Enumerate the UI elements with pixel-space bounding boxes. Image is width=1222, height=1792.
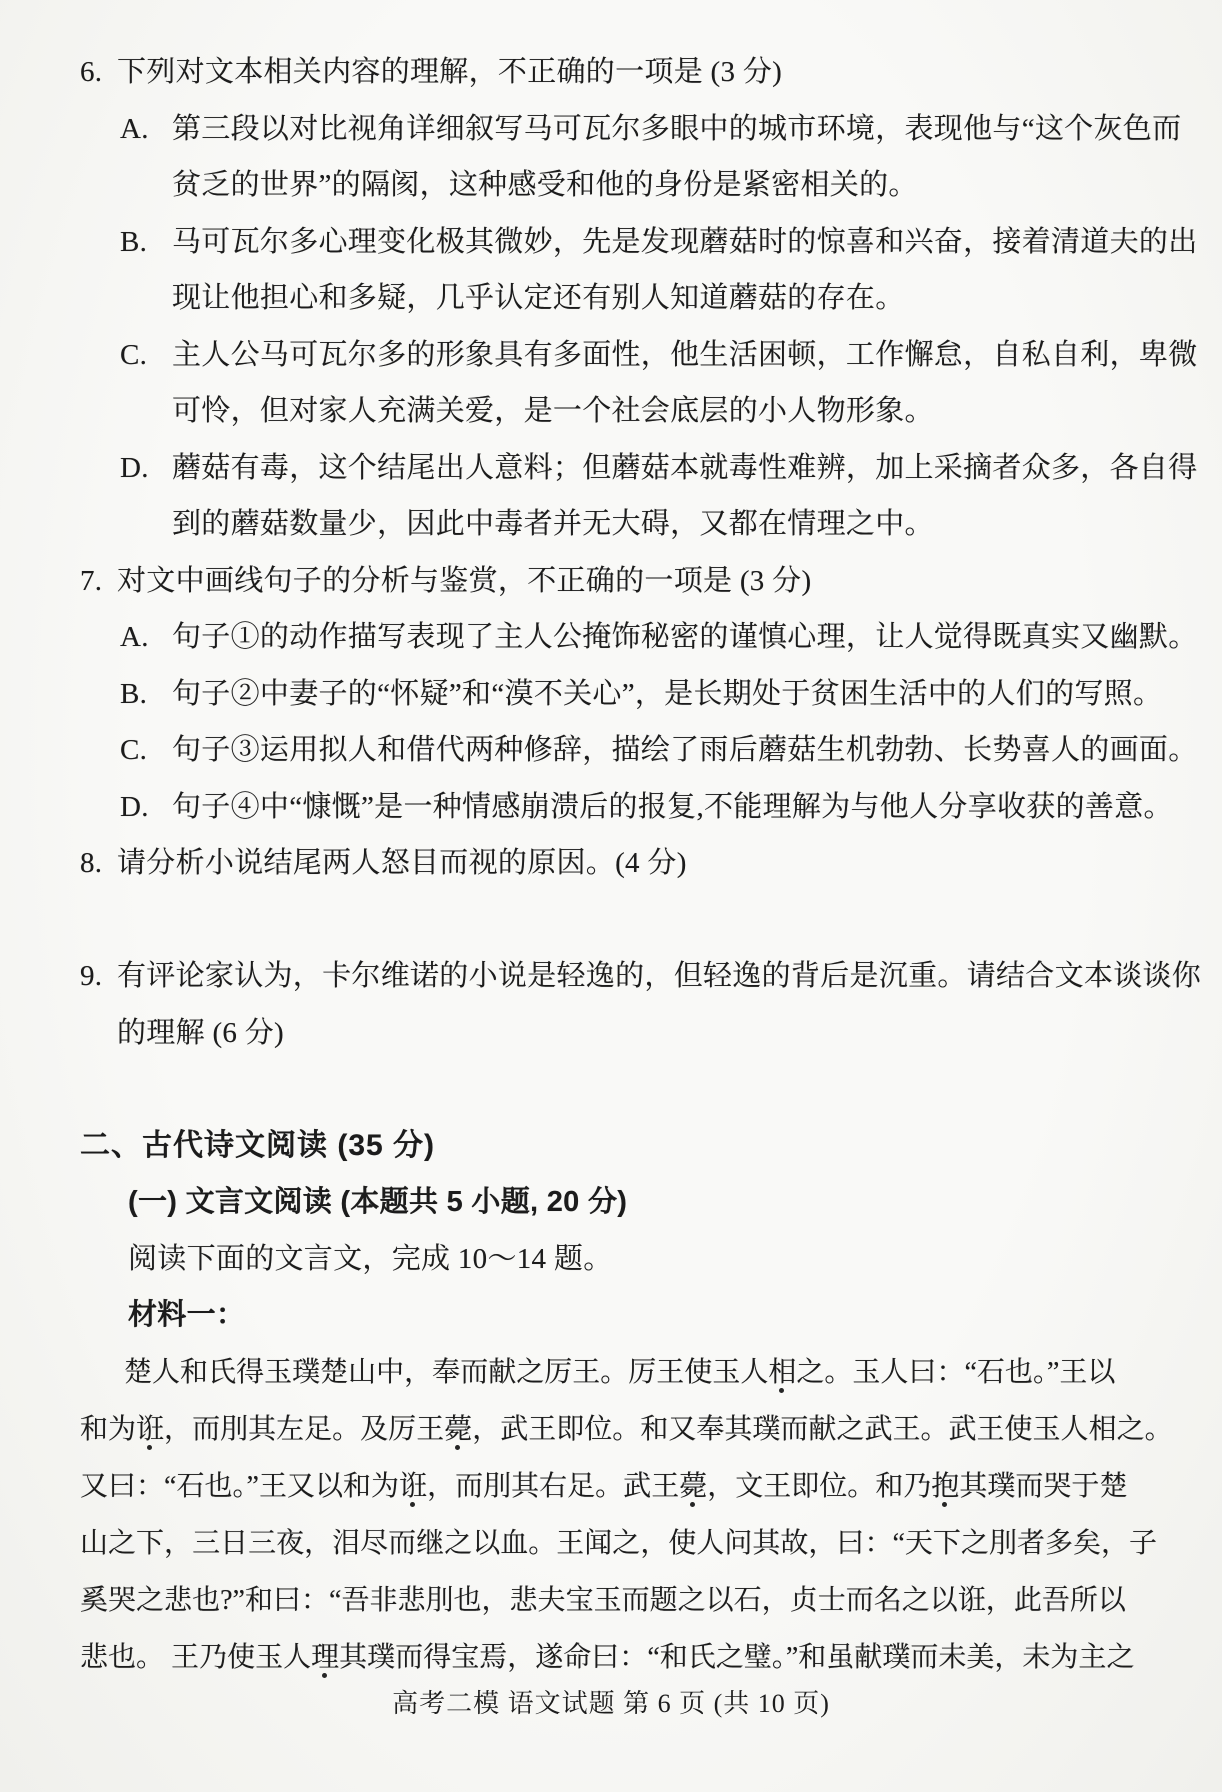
- q6-option-c-text: 主人公马可瓦尔多的形象具有多面性，他生活困顿，工作懈怠，自私自利，卑微: [172, 339, 1198, 371]
- question-8-number: 8.: [80, 835, 117, 892]
- answer-space: [80, 892, 1178, 949]
- q7-option-a-text: 句子①的动作描写表现了主人公掩饰秘密的谨慎心理，让人觉得既真实又幽默。: [172, 621, 1198, 653]
- q7-option-c: C.句子③运用拟人和借代两种修辞，描绘了雨后蘑菇生机勃勃、长势喜人的画面。: [80, 722, 1178, 779]
- question-9-number: 9.: [80, 948, 117, 1005]
- q7-option-c-label: C.: [120, 722, 172, 779]
- q6-option-b: B.马可瓦尔多心理变化极其微妙，先是发现蘑菇时的惊喜和兴奋，接着清道夫的出: [80, 214, 1178, 271]
- q7-option-b: B.句子②中妻子的“怀疑”和“漠不关心”，是长期处于贫困生活中的人们的写照。: [80, 666, 1178, 723]
- q6-option-c-continuation: 可怜，但对家人充满关爱，是一个社会底层的小人物形象。: [80, 383, 1178, 440]
- q6-option-a-continuation: 贫乏的世界”的隔阂，这种感受和他的身份是紧密相关的。: [80, 157, 1178, 214]
- q6-option-a-text: 第三段以对比视角详细叙写马可瓦尔多眼中的城市环境，表现他与“这个灰色而: [172, 113, 1181, 145]
- question-9-text: 有评论家认为，卡尔维诺的小说是轻逸的，但轻逸的背后是沉重。请结合文本谈谈你: [117, 960, 1201, 992]
- classical-line-5: 奚哭之悲也?”和曰：“吾非悲刖也，悲夫宝玉而题之以石，贞士而名之以诳，此吾所以: [80, 1572, 1178, 1629]
- section-2-subheading: (一) 文言文阅读 (本题共 5 小题, 20 分): [80, 1174, 1178, 1231]
- q7-option-a: A.句子①的动作描写表现了主人公掩饰秘密的谨慎心理，让人觉得既真实又幽默。: [80, 609, 1178, 666]
- material-1-label: 材料一：: [80, 1287, 1178, 1344]
- classical-line-4: 山之下，三日三夜，泪尽而继之以血。王闻之，使人问其故，曰：“天下之刖者多矣，子: [80, 1515, 1178, 1572]
- q7-option-c-text: 句子③运用拟人和借代两种修辞，描绘了雨后蘑菇生机勃勃、长势喜人的画面。: [172, 734, 1198, 766]
- question-6-text: 下列对文本相关内容的理解，不正确的一项是 (3 分): [117, 56, 782, 88]
- question-9-continuation: 的理解 (6 分): [80, 1005, 1178, 1062]
- q6-option-b-text: 马可瓦尔多心理变化极其微妙，先是发现蘑菇时的惊喜和兴奋，接着清道夫的出: [172, 226, 1198, 258]
- classical-passage: 楚人和氏得玉璞楚山中，奉而献之厉王。厉王使玉人相之。玉人曰：“石也。”王以 和为…: [80, 1344, 1178, 1686]
- q6-option-c-label: C.: [120, 327, 172, 384]
- q7-option-d-label: D.: [120, 779, 172, 836]
- classical-line-2: 和为诳，而刖其左足。及厉王薨，武王即位。和又奉其璞而献之武王。武王使玉人相之。: [80, 1401, 1178, 1458]
- question-8-text: 请分析小说结尾两人怒目而视的原因。(4 分): [117, 847, 687, 879]
- classical-line-6: 悲也。 王乃使玉人理其璞而得宝焉，遂命曰：“和氏之璧。”和虽献璞而未美，未为主之: [80, 1629, 1178, 1686]
- q6-option-b-continuation: 现让他担心和多疑，几乎认定还有别人知道蘑菇的存在。: [80, 270, 1178, 327]
- q6-option-d-continuation: 到的蘑菇数量少，因此中毒者并无大碍，又都在情理之中。: [80, 496, 1178, 553]
- q7-option-d-text: 句子④中“慷慨”是一种情感崩溃后的报复,不能理解为与他人分享收获的善意。: [172, 791, 1173, 823]
- classical-line-1: 楚人和氏得玉璞楚山中，奉而献之厉王。厉王使玉人相之。玉人曰：“石也。”王以: [80, 1344, 1178, 1401]
- q6-option-b-label: B.: [120, 214, 172, 271]
- q6-option-d-label: D.: [120, 440, 172, 497]
- classical-line-3: 又曰：“石也。”王又以和为诳，而刖其右足。武王薨，文王即位。和乃抱其璞而哭于楚: [80, 1458, 1178, 1515]
- q6-option-d-text: 蘑菇有毒，这个结尾出人意料；但蘑菇本就毒性难辨，加上采摘者众多，各自得: [172, 452, 1198, 484]
- q6-option-a-label: A.: [120, 101, 172, 158]
- page-footer: 高考二模 语文试题 第 6 页 (共 10 页): [0, 1686, 1222, 1722]
- q6-option-c: C.主人公马可瓦尔多的形象具有多面性，他生活困顿，工作懈怠，自私自利，卑微: [80, 327, 1178, 384]
- q7-option-d: D.句子④中“慷慨”是一种情感崩溃后的报复,不能理解为与他人分享收获的善意。: [80, 779, 1178, 836]
- q6-option-a: A.第三段以对比视角详细叙写马可瓦尔多眼中的城市环境，表现他与“这个灰色而: [80, 101, 1178, 158]
- question-6-number: 6.: [80, 44, 117, 101]
- question-7-stem: 7.对文中画线句子的分析与鉴赏，不正确的一项是 (3 分): [80, 553, 1178, 610]
- question-7-text: 对文中画线句子的分析与鉴赏，不正确的一项是 (3 分): [117, 565, 811, 597]
- q7-option-b-text: 句子②中妻子的“怀疑”和“漠不关心”，是长期处于贫困生活中的人们的写照。: [172, 678, 1162, 710]
- question-7: 7.对文中画线句子的分析与鉴赏，不正确的一项是 (3 分) A.句子①的动作描写…: [80, 553, 1178, 836]
- section-2-instruction: 阅读下面的文言文，完成 10～14 题。: [80, 1231, 1178, 1288]
- section-2-heading: 二、古代诗文阅读 (35 分): [80, 1118, 1178, 1175]
- q6-option-d: D.蘑菇有毒，这个结尾出人意料；但蘑菇本就毒性难辨，加上采摘者众多，各自得: [80, 440, 1178, 497]
- question-9: 9.有评论家认为，卡尔维诺的小说是轻逸的，但轻逸的背后是沉重。请结合文本谈谈你 …: [80, 948, 1178, 1061]
- question-9-stem: 9.有评论家认为，卡尔维诺的小说是轻逸的，但轻逸的背后是沉重。请结合文本谈谈你: [80, 948, 1178, 1005]
- exam-page: 6.下列对文本相关内容的理解，不正确的一项是 (3 分) A.第三段以对比视角详…: [0, 0, 1222, 1792]
- question-6-stem: 6.下列对文本相关内容的理解，不正确的一项是 (3 分): [80, 44, 1178, 101]
- question-6: 6.下列对文本相关内容的理解，不正确的一项是 (3 分) A.第三段以对比视角详…: [80, 44, 1178, 553]
- section-gap: [80, 1061, 1178, 1118]
- question-8-stem: 8.请分析小说结尾两人怒目而视的原因。(4 分): [80, 835, 1178, 892]
- q7-option-b-label: B.: [120, 666, 172, 723]
- question-7-number: 7.: [80, 553, 117, 610]
- q7-option-a-label: A.: [120, 609, 172, 666]
